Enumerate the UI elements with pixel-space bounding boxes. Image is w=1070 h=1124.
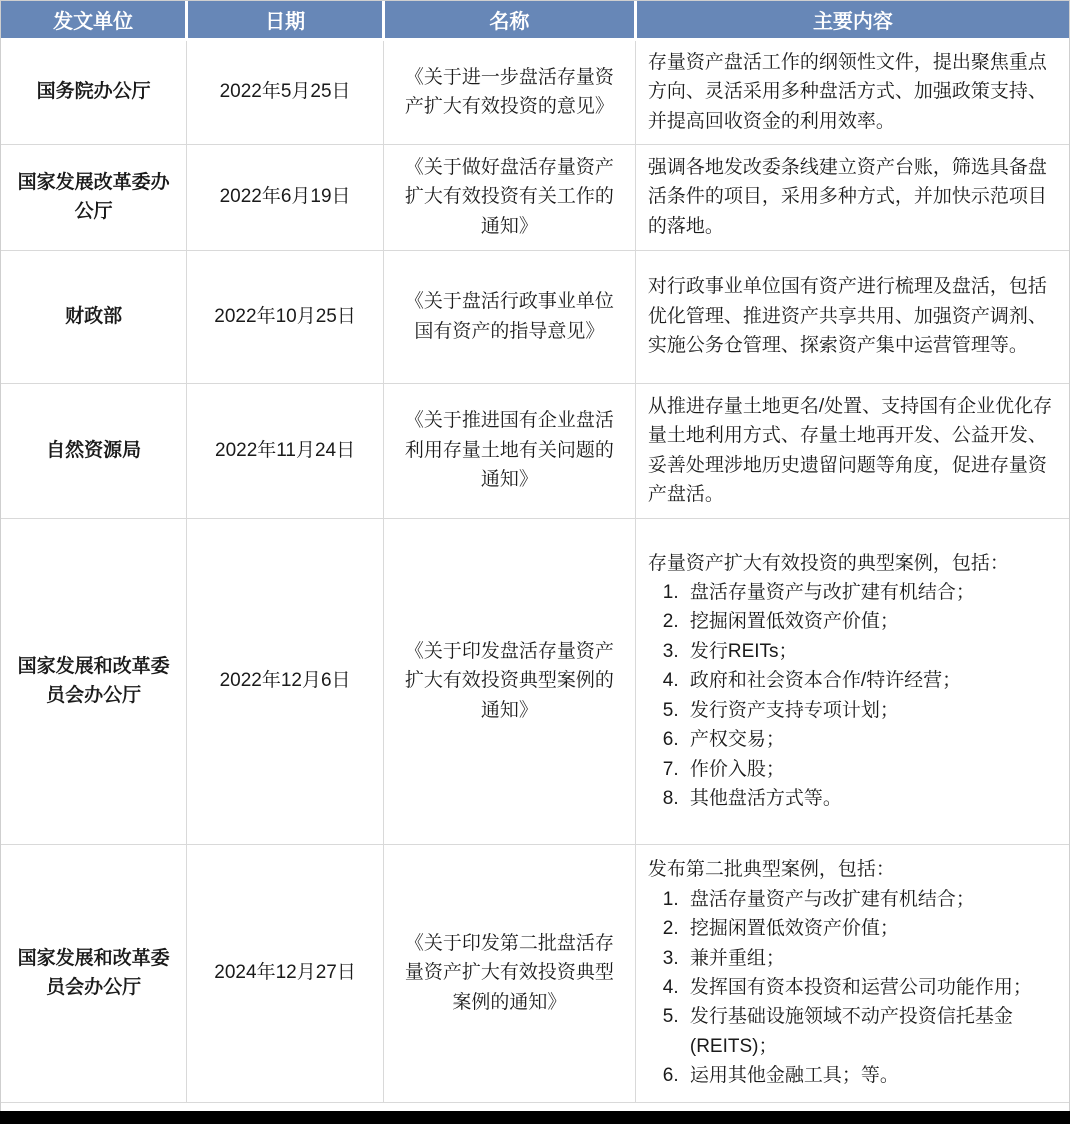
content-list: 盘活存量资产与改扩建有机结合； 挖掘闲置低效资产价值； 兼并重组； 发挥国有资本… <box>648 885 1059 1091</box>
table-row: 国家发展和改革委员会办公厅 2024年12月27日 《关于印发第二批盘活存量资产… <box>1 844 1069 1102</box>
content-list-item: 发行基础设施领域不动产投资信托基金(REITS)； <box>684 1002 1059 1061</box>
content-list-item: 挖掘闲置低效资产价值； <box>684 914 1059 943</box>
unit-cell: 国家发展和改革委员会办公厅 <box>1 844 187 1102</box>
header-row: 发文单位 日期 名称 主要内容 <box>1 1 1069 39</box>
name-cell: 《关于印发第二批盘活存量资产扩大有效投资典型案例的通知》 <box>383 844 635 1102</box>
content-cell: 存量资产盘活工作的纲领性文件，提出聚焦重点方向、灵活采用多种盘活方式、加强政策支… <box>635 39 1069 144</box>
content-list: 盘活存量资产与改扩建有机结合； 挖掘闲置低效资产价值； 发行REITs； 政府和… <box>648 578 1059 814</box>
content-list-item: 发挥国有资本投资和运营公司功能作用； <box>684 973 1059 1002</box>
date-cell: 2022年5月25日 <box>187 39 384 144</box>
unit-cell: 国家发展改革委办公厅 <box>1 144 187 250</box>
content-list-item: 兼并重组； <box>684 944 1059 973</box>
content-list-item: 作价入股； <box>684 755 1059 784</box>
content-list-item: 运用其他金融工具；等。 <box>684 1061 1059 1090</box>
content-list-item: 政府和社会资本合作/特许经营； <box>684 666 1059 695</box>
name-cell: 《关于推进国有企业盘活利用存量土地有关问题的通知》 <box>383 383 635 518</box>
name-cell: 《关于进一步盘活存量资产扩大有效投资的意见》 <box>383 39 635 144</box>
table-row: 国家发展改革委办公厅 2022年6月19日 《关于做好盘活存量资产扩大有效投资有… <box>1 144 1069 250</box>
content-cell: 强调各地发改委条线建立资产台账，筛选具备盘活条件的项目，采用多种方式，并加快示范… <box>635 144 1069 250</box>
content-cell: 从推进存量土地更名/处置、支持国有企业优化存量土地利用方式、存量土地再开发、公益… <box>635 383 1069 518</box>
policy-table: 发文单位 日期 名称 主要内容 国务院办公厅 2022年5月25日 《关于进一步… <box>1 1 1069 1103</box>
content-list-item: 其他盘活方式等。 <box>684 784 1059 813</box>
name-cell: 《关于做好盘活存量资产扩大有效投资有关工作的通知》 <box>383 144 635 250</box>
header-cell-unit: 发文单位 <box>1 1 187 39</box>
content-list-item: 产权交易； <box>684 725 1059 754</box>
content-list-item: 盘活存量资产与改扩建有机结合； <box>684 578 1059 607</box>
date-cell: 2022年12月6日 <box>187 518 384 844</box>
content-list-item: 发行REITs； <box>684 637 1059 666</box>
date-cell: 2024年12月27日 <box>187 844 384 1102</box>
table-header: 发文单位 日期 名称 主要内容 <box>1 1 1069 39</box>
table-row: 国家发展和改革委员会办公厅 2022年12月6日 《关于印发盘活存量资产扩大有效… <box>1 518 1069 844</box>
policy-table-wrapper: 发文单位 日期 名称 主要内容 国务院办公厅 2022年5月25日 《关于进一步… <box>0 0 1070 1111</box>
content-cell: 对行政事业单位国有资产进行梳理及盘活，包括优化管理、推进资产共享共用、加强资产调… <box>635 250 1069 383</box>
unit-cell: 自然资源局 <box>1 383 187 518</box>
content-intro: 发布第二批典型案例，包括： <box>648 855 1059 884</box>
date-cell: 2022年10月25日 <box>187 250 384 383</box>
name-cell: 《关于盘活行政事业单位国有资产的指导意见》 <box>383 250 635 383</box>
policy-table-page: 发文单位 日期 名称 主要内容 国务院办公厅 2022年5月25日 《关于进一步… <box>0 0 1070 1124</box>
table-body: 国务院办公厅 2022年5月25日 《关于进一步盘活存量资产扩大有效投资的意见》… <box>1 39 1069 1102</box>
content-list-item: 盘活存量资产与改扩建有机结合； <box>684 885 1059 914</box>
date-cell: 2022年11月24日 <box>187 383 384 518</box>
content-list-item: 发行资产支持专项计划； <box>684 696 1059 725</box>
table-row: 国务院办公厅 2022年5月25日 《关于进一步盘活存量资产扩大有效投资的意见》… <box>1 39 1069 144</box>
content-list-item: 挖掘闲置低效资产价值； <box>684 607 1059 636</box>
content-intro: 存量资产扩大有效投资的典型案例，包括： <box>648 549 1059 578</box>
header-cell-name: 名称 <box>383 1 635 39</box>
content-cell: 发布第二批典型案例，包括： 盘活存量资产与改扩建有机结合； 挖掘闲置低效资产价值… <box>635 844 1069 1102</box>
unit-cell: 国家发展和改革委员会办公厅 <box>1 518 187 844</box>
bottom-border-bar <box>0 1111 1070 1124</box>
content-cell: 存量资产扩大有效投资的典型案例，包括： 盘活存量资产与改扩建有机结合； 挖掘闲置… <box>635 518 1069 844</box>
table-row: 自然资源局 2022年11月24日 《关于推进国有企业盘活利用存量土地有关问题的… <box>1 383 1069 518</box>
unit-cell: 国务院办公厅 <box>1 39 187 144</box>
unit-cell: 财政部 <box>1 250 187 383</box>
table-row: 财政部 2022年10月25日 《关于盘活行政事业单位国有资产的指导意见》 对行… <box>1 250 1069 383</box>
name-cell: 《关于印发盘活存量资产扩大有效投资典型案例的通知》 <box>383 518 635 844</box>
header-cell-date: 日期 <box>187 1 384 39</box>
header-cell-content: 主要内容 <box>635 1 1069 39</box>
date-cell: 2022年6月19日 <box>187 144 384 250</box>
